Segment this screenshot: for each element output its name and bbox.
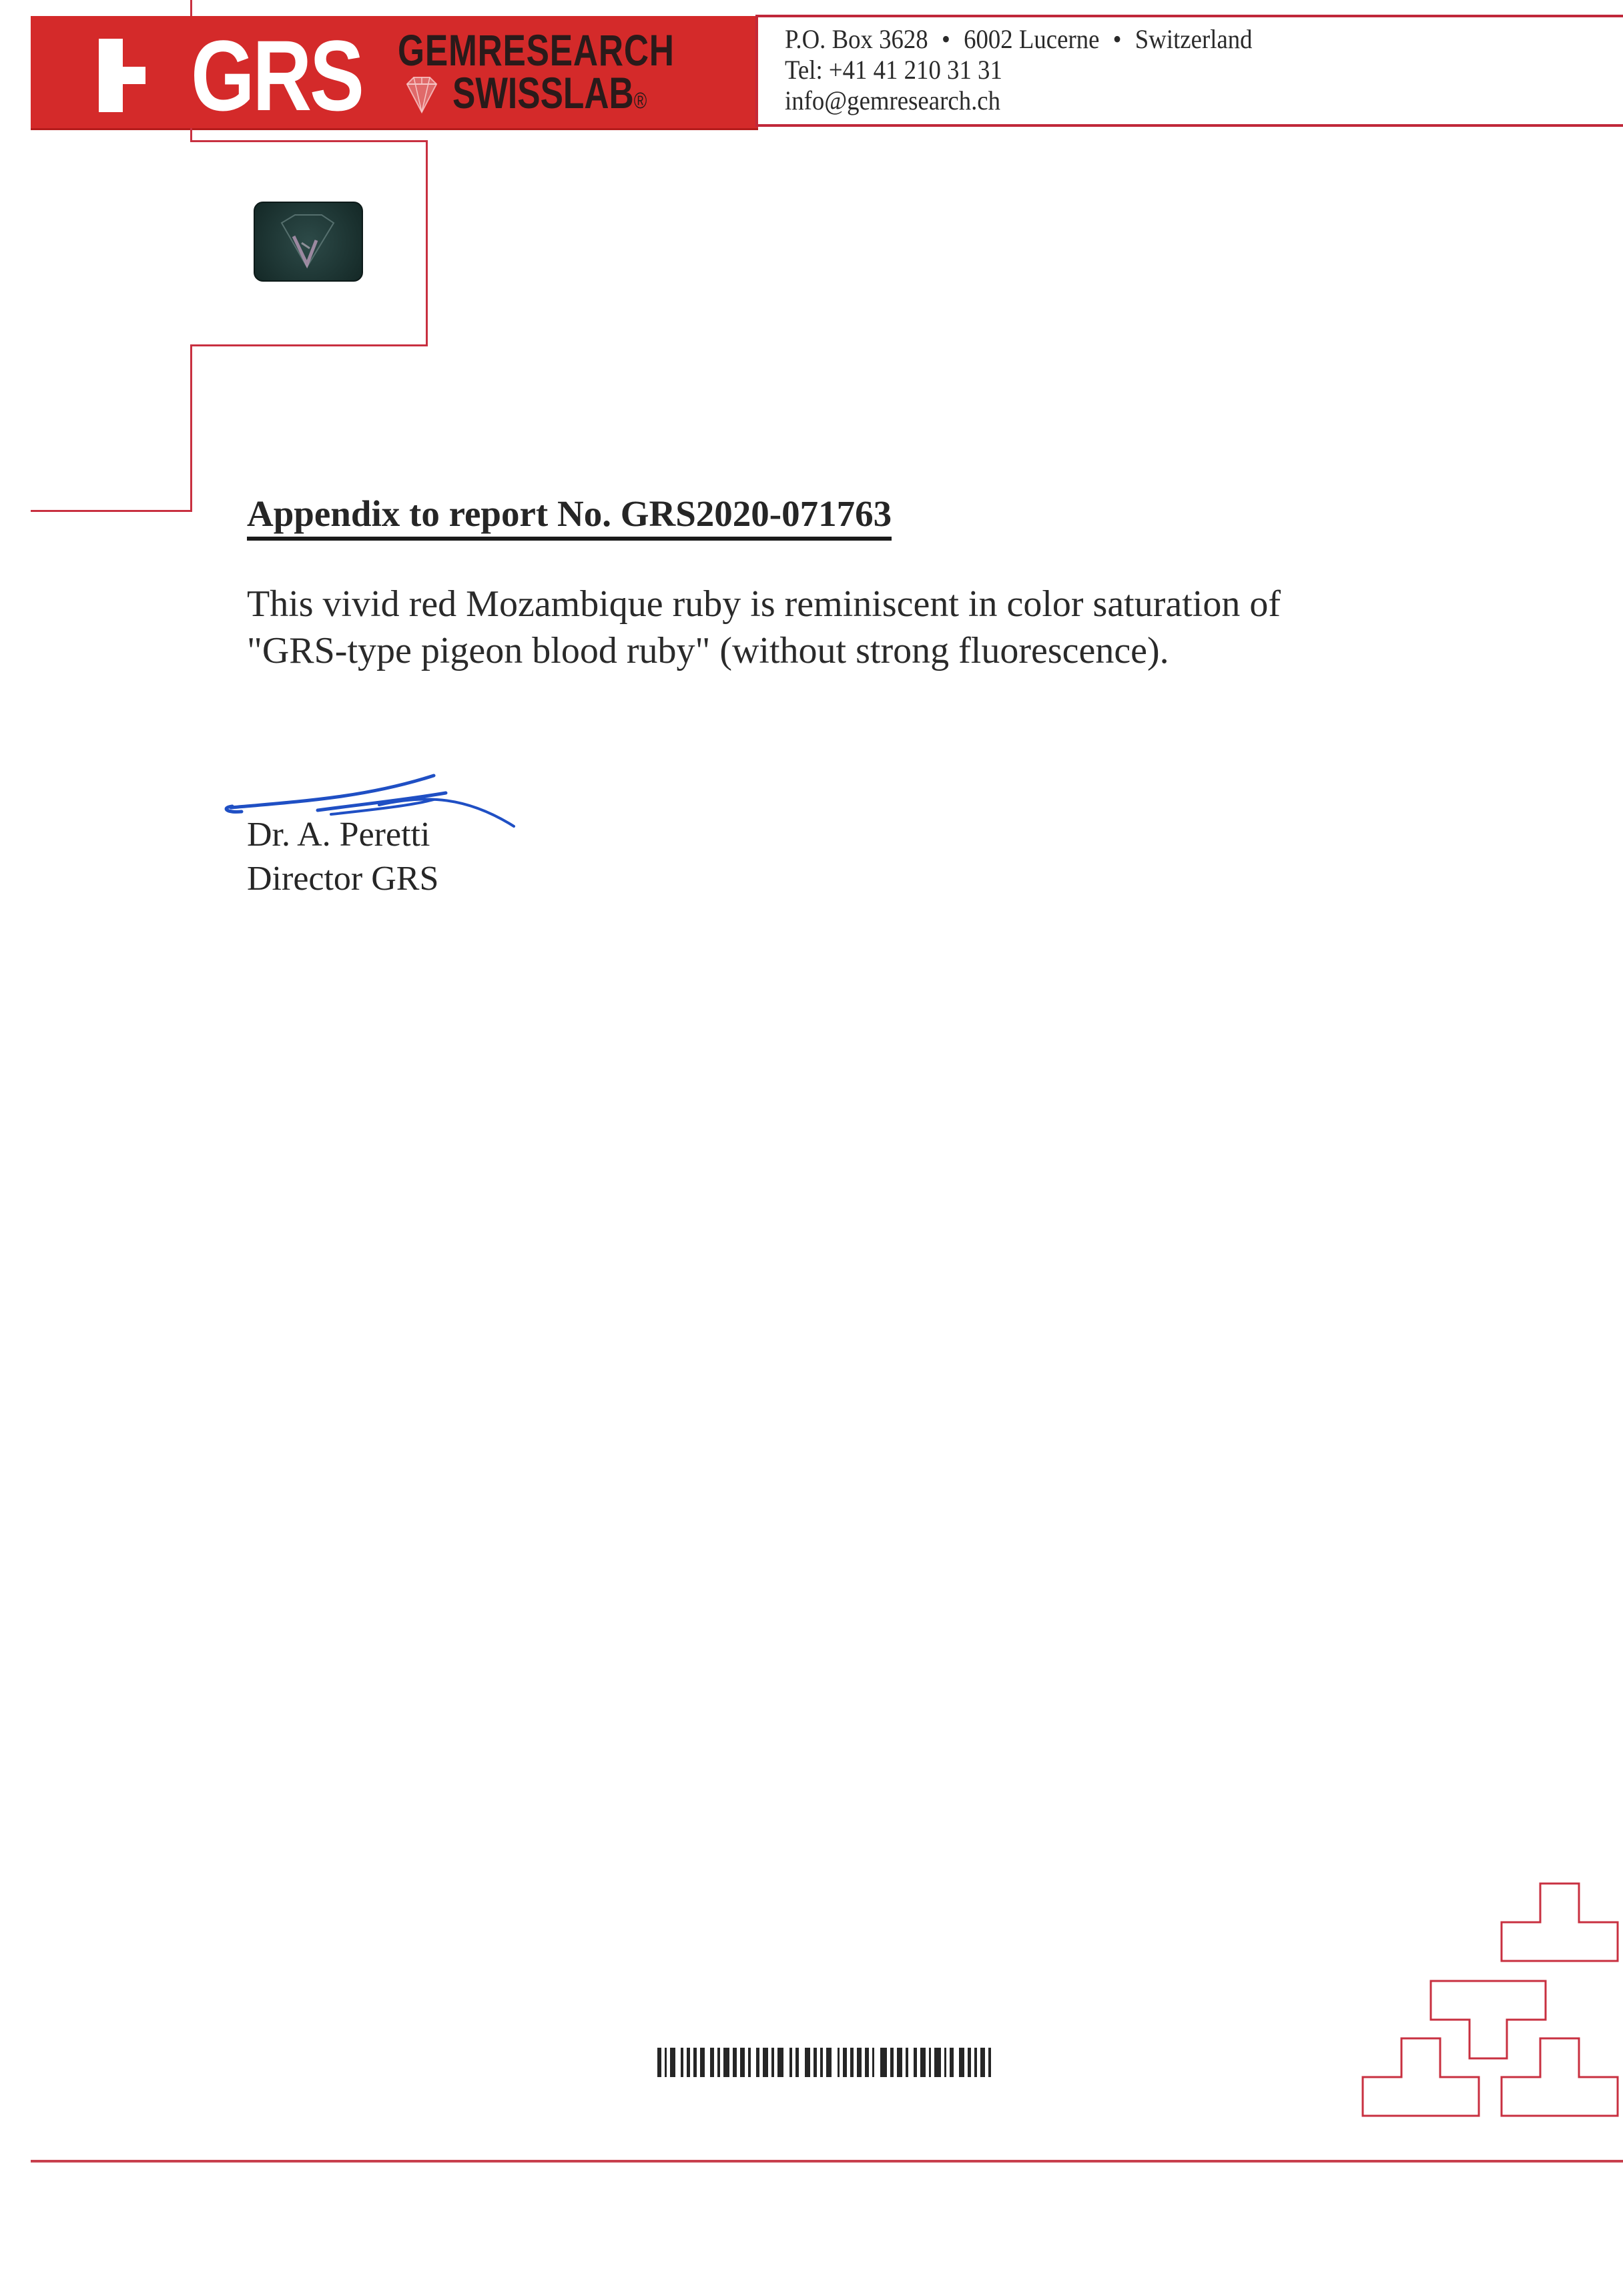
swiss-cross-arm [123, 67, 145, 84]
frame-line [190, 0, 192, 16]
postal-address: P.O. Box 3628•6002 Lucerne•Switzerland [785, 24, 1253, 55]
frame-line [426, 140, 428, 346]
document-title: Appendix to report No. GRS2020-071763 [247, 493, 892, 541]
address-separator: • [1113, 24, 1122, 54]
logo-line-swisslab: SWISSLAB® [452, 69, 647, 124]
diamond-icon [402, 76, 442, 113]
barcode-icon [657, 2048, 994, 2077]
cross-blocks-icon [1355, 1882, 1623, 2149]
frame-line [31, 510, 192, 512]
body-line: "GRS-type pigeon blood ruby" (without st… [247, 627, 1281, 674]
address-city: 6002 Lucerne [964, 24, 1099, 54]
footer-rule [31, 2160, 1623, 2163]
appendix-body: This vivid red Mozambique ruby is remini… [247, 581, 1281, 674]
body-line: This vivid red Mozambique ruby is remini… [247, 581, 1281, 627]
phone-number: Tel: +41 41 210 31 31 [785, 55, 1002, 85]
address-po-box: P.O. Box 3628 [785, 24, 928, 54]
frame-line [190, 140, 428, 142]
signatory-name: Dr. A. Peretti [247, 813, 430, 857]
frame-line [190, 128, 192, 141]
signatory-title: Director GRS [247, 857, 438, 901]
logo-swisslab-text: SWISSLAB [452, 68, 634, 117]
address-country: Switzerland [1135, 24, 1253, 54]
registered-mark: ® [634, 88, 647, 113]
email-link[interactable]: info@gemresearch.ch [785, 85, 1000, 116]
swiss-cross-icon [99, 39, 123, 112]
frame-line [190, 344, 428, 346]
logo-line-gemresearch: GEMRESEARCH [398, 27, 675, 73]
frame-line [190, 344, 192, 511]
address-separator: • [942, 24, 950, 54]
logo-abbrev: GRS [191, 25, 362, 125]
hologram-seal-icon [254, 202, 363, 282]
